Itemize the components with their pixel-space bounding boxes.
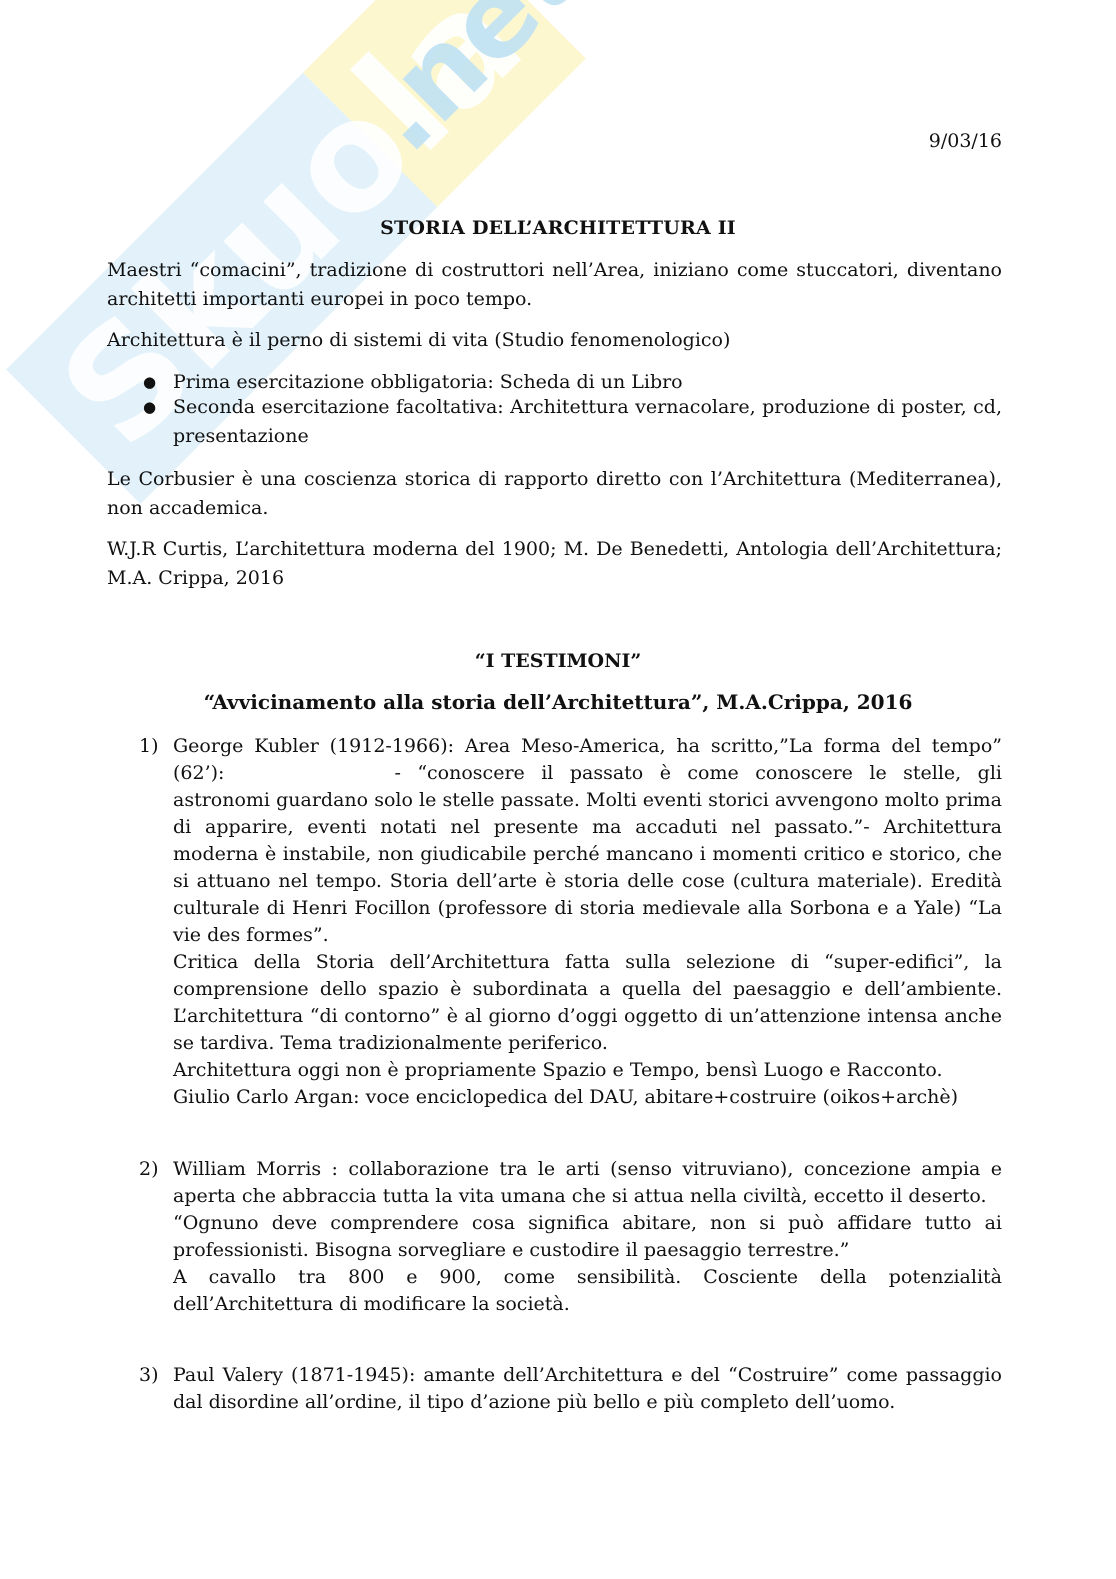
list-number: 2): [139, 1156, 159, 1183]
document-title: STORIA DELL’ARCHITETTURA II: [0, 217, 1116, 239]
bullet-icon: ●: [143, 393, 156, 422]
item-text-cavallo: A cavallo tra 800 e 900, come sensibilit…: [173, 1264, 1002, 1318]
numbered-list-item: 1) George Kubler (1912-1966): Area Meso-…: [107, 733, 1002, 1111]
item-text-luogo: Architettura oggi non è propriamente Spa…: [173, 1057, 1002, 1084]
section-subtitle: “Avvicinamento alla storia dell’Architet…: [0, 690, 1116, 714]
document-page: 9/03/16 STORIA DELL’ARCHITETTURA II Maes…: [0, 0, 1116, 1579]
paragraph-architettura-perno: Architettura è il perno di sistemi di vi…: [107, 326, 1002, 355]
paragraph-le-corbusier: Le Corbusier è una coscienza storica di …: [107, 465, 1002, 523]
item-text-quote: - “conoscere il passato è come conoscere…: [173, 762, 1002, 946]
paragraph-maestri-comacini: Maestri “comacini”, tradizione di costru…: [107, 256, 1002, 314]
paragraph-references: W.J.R Curtis, L’architettura moderna del…: [107, 535, 1002, 593]
item-text-critica: Critica della Storia dell’Architettura f…: [173, 949, 1002, 1057]
list-number: 3): [139, 1362, 159, 1389]
list-number: 1): [139, 733, 159, 760]
item-text-quote: “Ognuno deve comprendere cosa significa …: [173, 1210, 1002, 1264]
item-text-valery: Paul Valery (1871-1945): amante dell’Arc…: [173, 1362, 1002, 1416]
item-text-argan: Giulio Carlo Argan: voce enciclopedica d…: [173, 1084, 1002, 1111]
document-date: 9/03/16: [929, 130, 1002, 152]
bullet-item: ● Seconda esercitazione facoltativa: Arc…: [107, 393, 1002, 451]
item-text-morris: William Morris : collaborazione tra le a…: [173, 1156, 1002, 1210]
bullet-text: Seconda esercitazione facoltativa: Archi…: [173, 396, 1002, 447]
exercise-bullet-list: ● Prima esercitazione obbligatoria: Sche…: [107, 368, 1002, 451]
bullet-text: Prima esercitazione obbligatoria: Scheda…: [173, 371, 683, 393]
numbered-list-item: 3) Paul Valery (1871-1945): amante dell’…: [107, 1362, 1002, 1416]
section-title: “I TESTIMONI”: [0, 650, 1116, 672]
numbered-list-item: 2) William Morris : collaborazione tra l…: [107, 1156, 1002, 1318]
